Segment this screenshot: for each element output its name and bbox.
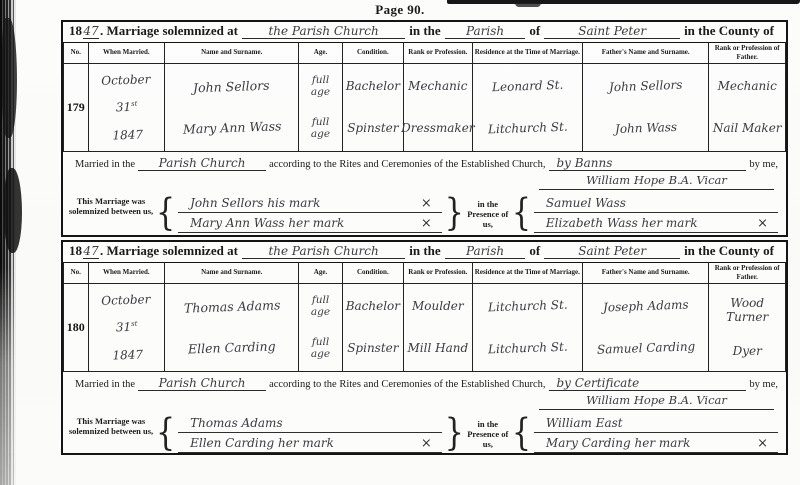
marriage-day: 31st (115, 320, 137, 335)
signature-column: Thomas Adams Ellen Carding her mark × (176, 411, 444, 460)
col-father-rank: Rank or Profession of Father. (709, 43, 786, 64)
col-name-surname: Name and Surname. (165, 43, 299, 64)
rites-label: according to the Rites and Ceremonies of… (269, 379, 545, 390)
bride-age: full age (301, 336, 339, 360)
brace-open: { (156, 404, 175, 465)
col-when-married: When Married. (88, 43, 165, 64)
groom-signature-line: Thomas Adams (178, 415, 442, 433)
presence-label: in the Presence of us, (465, 411, 511, 460)
brace-close: } (445, 404, 464, 465)
married-in-label: Married in the (75, 379, 135, 390)
residences-cell: Litchurch St. Litchurch St. (472, 283, 582, 371)
witness-2-signature: Elizabeth Wass her mark (546, 215, 698, 232)
married-in-line: Married in the Parish Church according t… (63, 152, 786, 173)
column-header-row: No. When Married. Name and Surname. Age.… (64, 263, 786, 284)
when-married-cell: October 31st 1847 (88, 63, 165, 151)
professions-cell: Mechanic Dressmaker (404, 63, 473, 151)
groom-condition: Bachelor (346, 79, 400, 93)
signatures-section: This Marriage was solemnized between us,… (63, 190, 786, 243)
witness-2-line: Mary Carding her mark × (534, 435, 778, 453)
when-married-cell: October 31st 1847 (88, 283, 165, 371)
record-header-line: 1847. Marriage solemnized at the Parish … (63, 22, 786, 42)
brace-open: { (512, 404, 531, 465)
scanned-register-page: Page 90. 1847. Marriage solemnized at th… (0, 0, 800, 485)
father-professions-cell: Wood Turner Dyer (709, 283, 786, 371)
marriage-day: 31st (115, 100, 137, 115)
groom-profession: Moulder (412, 299, 464, 313)
marriage-year: 1847 (112, 347, 143, 362)
witness-1-line: Samuel Wass (534, 195, 778, 213)
witness-1-signature: Samuel Wass (546, 195, 626, 212)
marriage-month: October (101, 291, 151, 307)
marriage-record-block-179: 1847. Marriage solemnized at the Parish … (61, 20, 788, 237)
solemnized-at-label: . Marriage solemnized at (100, 23, 238, 39)
fathers-cell: John Sellors John Wass (583, 63, 709, 151)
signatures-section: This Marriage was solemnized between us,… (63, 410, 786, 463)
witness-2-line: Elizabeth Wass her mark × (534, 215, 778, 233)
groom-name: John Sellors (193, 77, 270, 95)
father-professions-cell: Mechanic Nail Maker (709, 63, 786, 151)
groom-father-name: John Sellors (609, 78, 683, 95)
bride-mark: × (421, 435, 432, 452)
signature-column: John Sellors his mark × Mary Ann Wass he… (176, 191, 444, 240)
bride-signature-line: Mary Ann Wass her mark × (178, 215, 442, 233)
record-number-cell: 179 (64, 63, 89, 151)
married-place-entry: Parish Church (138, 377, 266, 391)
binding-ink-blob (4, 168, 22, 253)
by-me-label: by me, (749, 159, 778, 170)
groom-father-profession: Wood Turner (711, 296, 783, 324)
record-header-line: 1847. Marriage solemnized at the Parish … (63, 242, 786, 262)
witness-2-signature: Mary Carding her mark (546, 435, 691, 452)
col-father-name: Father's Name and Surname. (583, 43, 709, 64)
conditions-cell: Bachelor Spinster (342, 63, 403, 151)
record-number: 179 (67, 100, 85, 114)
conditions-cell: Bachelor Spinster (342, 283, 403, 371)
groom-father-profession: Mechanic (718, 79, 777, 93)
church-name-entry: the Parish Church (242, 25, 405, 39)
groom-signature-line: John Sellors his mark × (178, 195, 442, 213)
professions-cell: Moulder Mill Hand (404, 283, 473, 371)
year-prefix: 18 (69, 23, 82, 39)
register-table: No. When Married. Name and Surname. Age.… (63, 42, 786, 152)
marriage-month: October (101, 71, 151, 87)
ages-cell: full age full age (299, 283, 342, 371)
groom-profession: Mechanic (408, 79, 467, 93)
witness-1-signature: William East (546, 415, 623, 432)
bride-father-name: John Wass (614, 120, 677, 136)
solemnized-at-label: . Marriage solemnized at (100, 243, 238, 259)
brace-close: } (445, 184, 464, 245)
rites-label: according to the Rites and Ceremonies of… (269, 159, 545, 170)
solemnized-label: This Marriage was solemnized between us, (67, 191, 155, 240)
year-script: 47 (83, 25, 99, 39)
of-label: of (529, 23, 540, 39)
presence-label: in the Presence of us, (465, 191, 511, 240)
bride-profession: Mill Hand (407, 341, 468, 355)
register-table: No. When Married. Name and Surname. Age.… (63, 262, 786, 372)
bride-condition: Spinster (347, 121, 398, 135)
fathers-cell: Joseph Adams Samuel Carding (583, 283, 709, 371)
col-rank-profession: Rank or Profession. (404, 43, 473, 64)
brace-open: { (512, 184, 531, 245)
groom-residence: Leonard St. (491, 78, 563, 94)
col-condition: Condition. (342, 43, 403, 64)
marriage-year: 1847 (112, 127, 143, 142)
bride-age: full age (301, 116, 339, 140)
col-age: Age. (299, 263, 342, 284)
column-header-row: No. When Married. Name and Surname. Age.… (64, 43, 786, 64)
record-entry-row: 179 October 31st 1847 John Sellors Mary … (64, 63, 786, 151)
bride-mark: × (421, 215, 432, 232)
parish-name-entry: Saint Peter (544, 245, 680, 259)
witness-1-line: William East (534, 415, 778, 433)
groom-age: full age (301, 74, 339, 98)
col-condition: Condition. (342, 263, 403, 284)
names-cell: Thomas Adams Ellen Carding (165, 283, 299, 371)
bride-residence: Litchurch St. (487, 119, 567, 136)
church-name-entry: the Parish Church (242, 245, 405, 259)
record-entry-row: 180 October 31st 1847 Thomas Adams Ellen… (64, 283, 786, 371)
record-number: 180 (67, 320, 85, 334)
bride-signature: Ellen Carding her mark (190, 435, 334, 452)
bride-condition: Spinster (347, 341, 398, 355)
groom-signature: Thomas Adams (190, 415, 283, 432)
groom-name: Thomas Adams (183, 297, 280, 315)
bride-name: Ellen Carding (188, 339, 276, 357)
method-entry: by Banns (549, 157, 747, 171)
col-residence: Residence at the Time of Marriage. (472, 43, 582, 64)
col-father-name: Father's Name and Surname. (583, 263, 709, 284)
bride-father-profession: Dyer (733, 344, 762, 358)
by-me-label: by me, (749, 379, 778, 390)
residences-cell: Leonard St. Litchurch St. (472, 63, 582, 151)
county-of-label: in the County of (684, 23, 774, 39)
groom-signature: John Sellors his mark (190, 195, 320, 212)
in-the-label: in the (409, 23, 440, 39)
col-age: Age. (299, 43, 342, 64)
married-in-line: Married in the Parish Church according t… (63, 372, 786, 393)
bride-profession: Dressmaker (401, 121, 474, 135)
groom-residence: Litchurch St. (487, 298, 567, 315)
col-name-surname: Name and Surname. (165, 263, 299, 284)
marriage-record-block-180: 1847. Marriage solemnized at the Parish … (61, 240, 788, 455)
col-rank-profession: Rank or Profession. (404, 263, 473, 284)
col-when-married: When Married. (88, 263, 165, 284)
witness-2-mark: × (757, 215, 768, 232)
year-script: 47 (83, 245, 99, 259)
groom-father-name: Joseph Adams (603, 298, 689, 315)
bride-signature: Mary Ann Wass her mark (190, 215, 344, 232)
groom-mark: × (421, 195, 432, 212)
parish-name-entry: Saint Peter (544, 25, 680, 39)
bride-name: Mary Ann Wass (182, 119, 281, 137)
page-number: Page 90. (0, 2, 800, 18)
county-of-label: in the County of (684, 243, 774, 259)
officiant-signature: William Hope B.A. Vicar (539, 393, 774, 410)
bride-father-name: Samuel Carding (596, 339, 695, 356)
bride-residence: Litchurch St. (487, 339, 567, 356)
parish-word-entry: Parish (445, 25, 526, 39)
col-residence: Residence at the Time of Marriage. (472, 263, 582, 284)
of-label: of (529, 243, 540, 259)
groom-age: full age (301, 294, 339, 318)
col-father-rank: Rank or Profession of Father. (709, 263, 786, 284)
married-place-entry: Parish Church (138, 157, 266, 171)
parish-word-entry: Parish (445, 245, 526, 259)
solemnized-label: This Marriage was solemnized between us, (67, 411, 155, 460)
method-entry: by Certificate (549, 377, 747, 391)
in-the-label: in the (409, 243, 440, 259)
record-number-cell: 180 (64, 283, 89, 371)
witness-2-mark: × (757, 435, 768, 452)
ages-cell: full age full age (299, 63, 342, 151)
year-prefix: 18 (69, 243, 82, 259)
groom-condition: Bachelor (346, 299, 400, 313)
names-cell: John Sellors Mary Ann Wass (165, 63, 299, 151)
brace-open: { (156, 184, 175, 245)
witness-column: Samuel Wass Elizabeth Wass her mark × (532, 191, 780, 240)
bride-signature-line: Ellen Carding her mark × (178, 435, 442, 453)
bride-father-profession: Nail Maker (713, 121, 782, 135)
col-no: No. (64, 263, 89, 284)
col-no: No. (64, 43, 89, 64)
witness-column: William East Mary Carding her mark × (532, 411, 780, 460)
binding-ink-blob (2, 18, 17, 138)
officiant-signature: William Hope B.A. Vicar (539, 173, 774, 190)
married-in-label: Married in the (75, 159, 135, 170)
